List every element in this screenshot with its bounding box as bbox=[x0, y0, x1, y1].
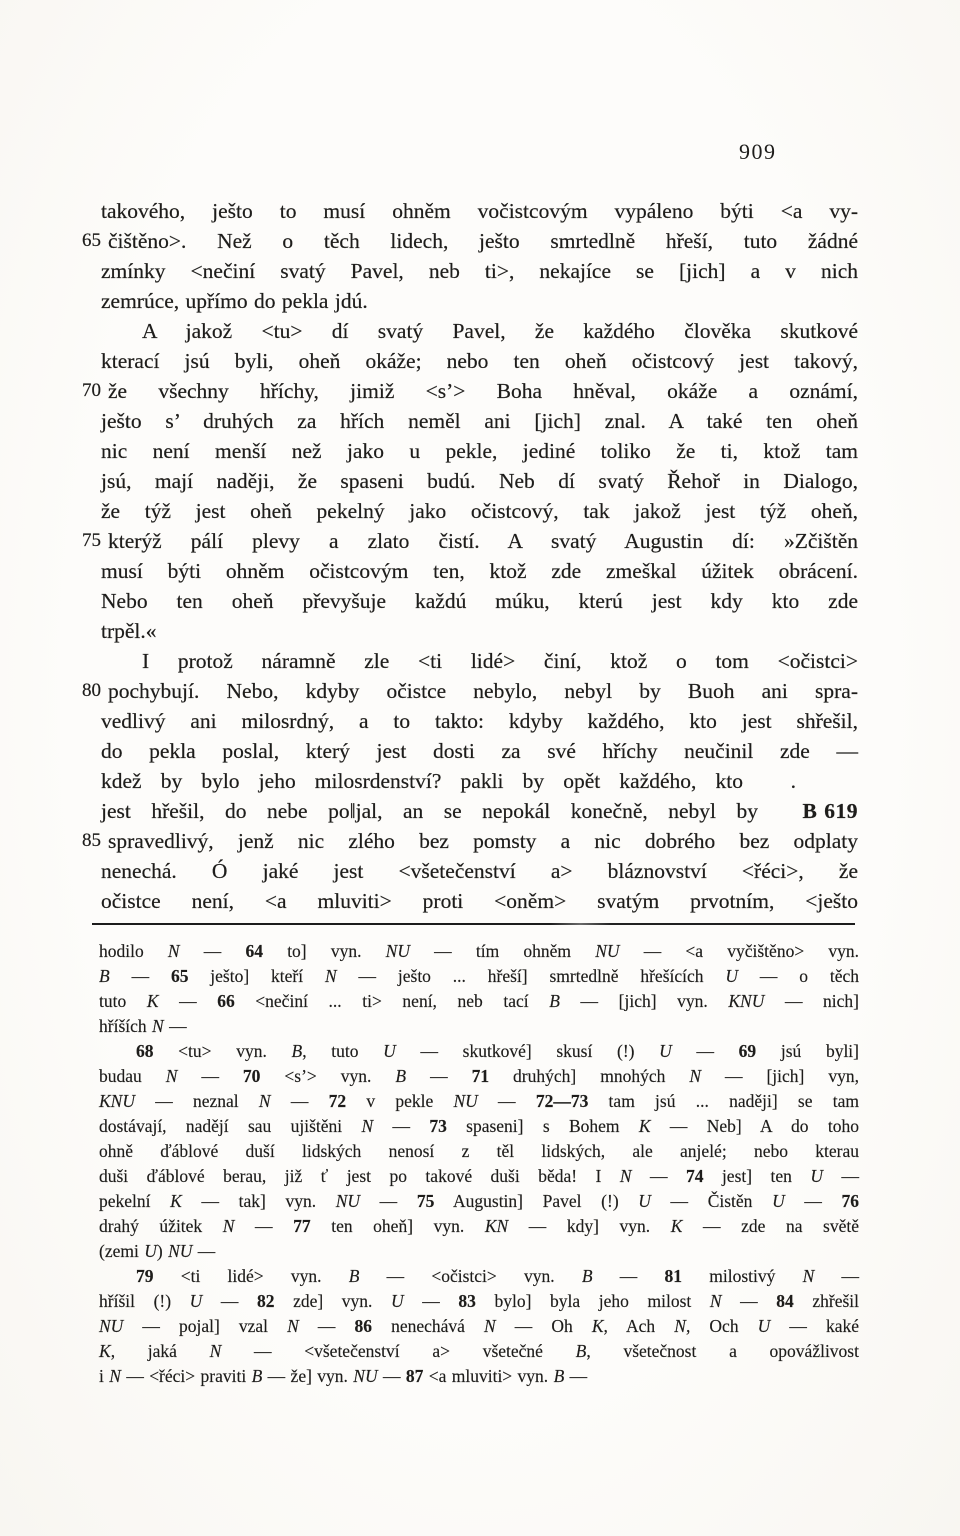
line-text: že všechny hříchy, jimiž <s’> Boha hněva… bbox=[108, 379, 858, 403]
main-text-line: takového, ješto to musí ohněm vočistcový… bbox=[101, 196, 858, 226]
apparatus-line: 79 <ti lidé> vyn. B — <očistci> vyn. B —… bbox=[99, 1264, 859, 1289]
critical-apparatus-block: hodilo N — 64 to] vyn. NU — tím ohněm NU… bbox=[99, 939, 859, 1389]
apparatus-line: B — 65 ješto] kteří N — ješto ... hřeší]… bbox=[99, 964, 859, 989]
manuscript-page-reference: B 619 bbox=[803, 796, 858, 826]
main-text-line: 75kterýž pálí plevy a zlato čistí. A sva… bbox=[101, 526, 858, 556]
main-text-line: nenechá. Ó jaké jest <všetečenství a> bl… bbox=[101, 856, 858, 886]
line-text: spravedlivý, jenž nic zlého bez pomsty a… bbox=[108, 829, 858, 853]
page-background: 909 takového, ješto to musí ohněm vočist… bbox=[0, 0, 960, 1536]
main-text-line: ješto s’ druhých za hřích neměl ani [jic… bbox=[101, 406, 858, 436]
apparatus-line: tuto K — 66 <nečiní ... ti> není, neb ta… bbox=[99, 989, 859, 1014]
margin-line-number: 85 bbox=[82, 826, 108, 856]
main-text-line: jest hřešil, do nebe po‖jal, an se nepok… bbox=[101, 796, 858, 826]
main-text-line: I protož náramně zle <ti lidé> činí, kto… bbox=[101, 646, 858, 676]
margin-line-number: 65 bbox=[82, 226, 108, 256]
main-text-line: kterací jsú byli, oheň okáže; nebo ten o… bbox=[101, 346, 858, 376]
main-text-line: do pekla poslal, který jest dosti za své… bbox=[101, 736, 858, 766]
scan-artifact-dot: . bbox=[791, 766, 796, 796]
main-text-line: 70že všechny hříchy, jimiž <s’> Boha hně… bbox=[101, 376, 858, 406]
main-text-line: musí býti ohněm očistcovým ten, ktož zde… bbox=[101, 556, 858, 586]
scanned-book-page: { "page_number": "909", "margin_note": "… bbox=[0, 0, 960, 1536]
line-text: kterýž pálí plevy a zlato čistí. A svatý… bbox=[108, 529, 858, 553]
apparatus-line: hodilo N — 64 to] vyn. NU — tím ohněm NU… bbox=[99, 939, 859, 964]
margin-line-number: 70 bbox=[82, 376, 108, 406]
main-text-line: Nebo ten oheň převyšuje každú múku, kter… bbox=[101, 586, 858, 616]
apparatus-line: hříšil (!) U — 82 zde] vyn. U — 83 bylo]… bbox=[99, 1289, 859, 1314]
line-text: čištěno>. Než o těch lidech, ješto smrte… bbox=[108, 229, 858, 253]
main-text-line: zmínky <nečiní svatý Pavel, neb ti>, nek… bbox=[101, 256, 858, 286]
apparatus-line: budau N — 70 <s’> vyn. B — 71 druhých] m… bbox=[99, 1064, 859, 1089]
footnote-separator bbox=[92, 923, 855, 925]
main-text-line: jsú, mají naději, že spaseni budú. Neb d… bbox=[101, 466, 858, 496]
apparatus-line: KNU — neznal N — 72 v pekle NU — 72—73 t… bbox=[99, 1089, 859, 1114]
apparatus-line: NU — pojal] vzal N — 86 nenechává N — Oh… bbox=[99, 1314, 859, 1339]
line-text: kdež by bylo jeho milosrdenství? pakli b… bbox=[101, 769, 743, 793]
line-text: jest hřešil, do nebe po‖jal, an se nepok… bbox=[101, 799, 758, 823]
main-text-line: nic není menší než jako u pekle, jediné … bbox=[101, 436, 858, 466]
page-number: 909 bbox=[739, 140, 777, 164]
main-text-line: 85spravedlivý, jenž nic zlého bez pomsty… bbox=[101, 826, 858, 856]
main-text-line: zemrúce, upřímo do pekla jdú. bbox=[101, 286, 858, 316]
line-text: pochybují. Nebo, kdyby očistce nebylo, n… bbox=[108, 679, 858, 703]
apparatus-line: hříších N — bbox=[99, 1014, 859, 1039]
main-text-line: že týž jest oheň pekelný jako očistcový,… bbox=[101, 496, 858, 526]
main-text-line: 65čištěno>. Než o těch lidech, ješto smr… bbox=[101, 226, 858, 256]
main-text-line: trpěl.« bbox=[101, 616, 858, 646]
apparatus-line: 68 <tu> vyn. B, tuto U — skutkové] skusí… bbox=[99, 1039, 859, 1064]
margin-line-number: 75 bbox=[82, 526, 108, 556]
apparatus-line: K, jaká N — <všetečenství a> všetečné B,… bbox=[99, 1339, 859, 1364]
main-text-line: očistce není, <a mluviti> proti <oněm> s… bbox=[101, 886, 858, 916]
apparatus-line: (zemi U) NU — bbox=[99, 1239, 859, 1264]
main-text-line: vedlivý ani milosrdný, a to takto: kdyby… bbox=[101, 706, 858, 736]
apparatus-line: duši ďáblové berau, již ť jest po takové… bbox=[99, 1164, 859, 1189]
apparatus-line: i N — <řéci> praviti B — že] vyn. NU — 8… bbox=[99, 1364, 859, 1389]
apparatus-line: ohně ďáblové duší lidských nenosí z těl … bbox=[99, 1139, 859, 1164]
apparatus-line: drahý úžitek N — 77 ten oheň] vyn. KN — … bbox=[99, 1214, 859, 1239]
apparatus-line: dostávají, nadějí sau ujištěni N — 73 sp… bbox=[99, 1114, 859, 1139]
margin-line-number: 80 bbox=[82, 676, 108, 706]
main-text-line: A jakož <tu> dí svatý Pavel, že každého … bbox=[101, 316, 858, 346]
apparatus-line: pekelní K — tak] vyn. NU — 75 Augustin] … bbox=[99, 1189, 859, 1214]
main-text-block: takového, ješto to musí ohněm vočistcový… bbox=[101, 196, 858, 916]
main-text-line: kdež by bylo jeho milosrdenství? pakli b… bbox=[101, 766, 858, 796]
main-text-line: 80pochybují. Nebo, kdyby očistce nebylo,… bbox=[101, 676, 858, 706]
